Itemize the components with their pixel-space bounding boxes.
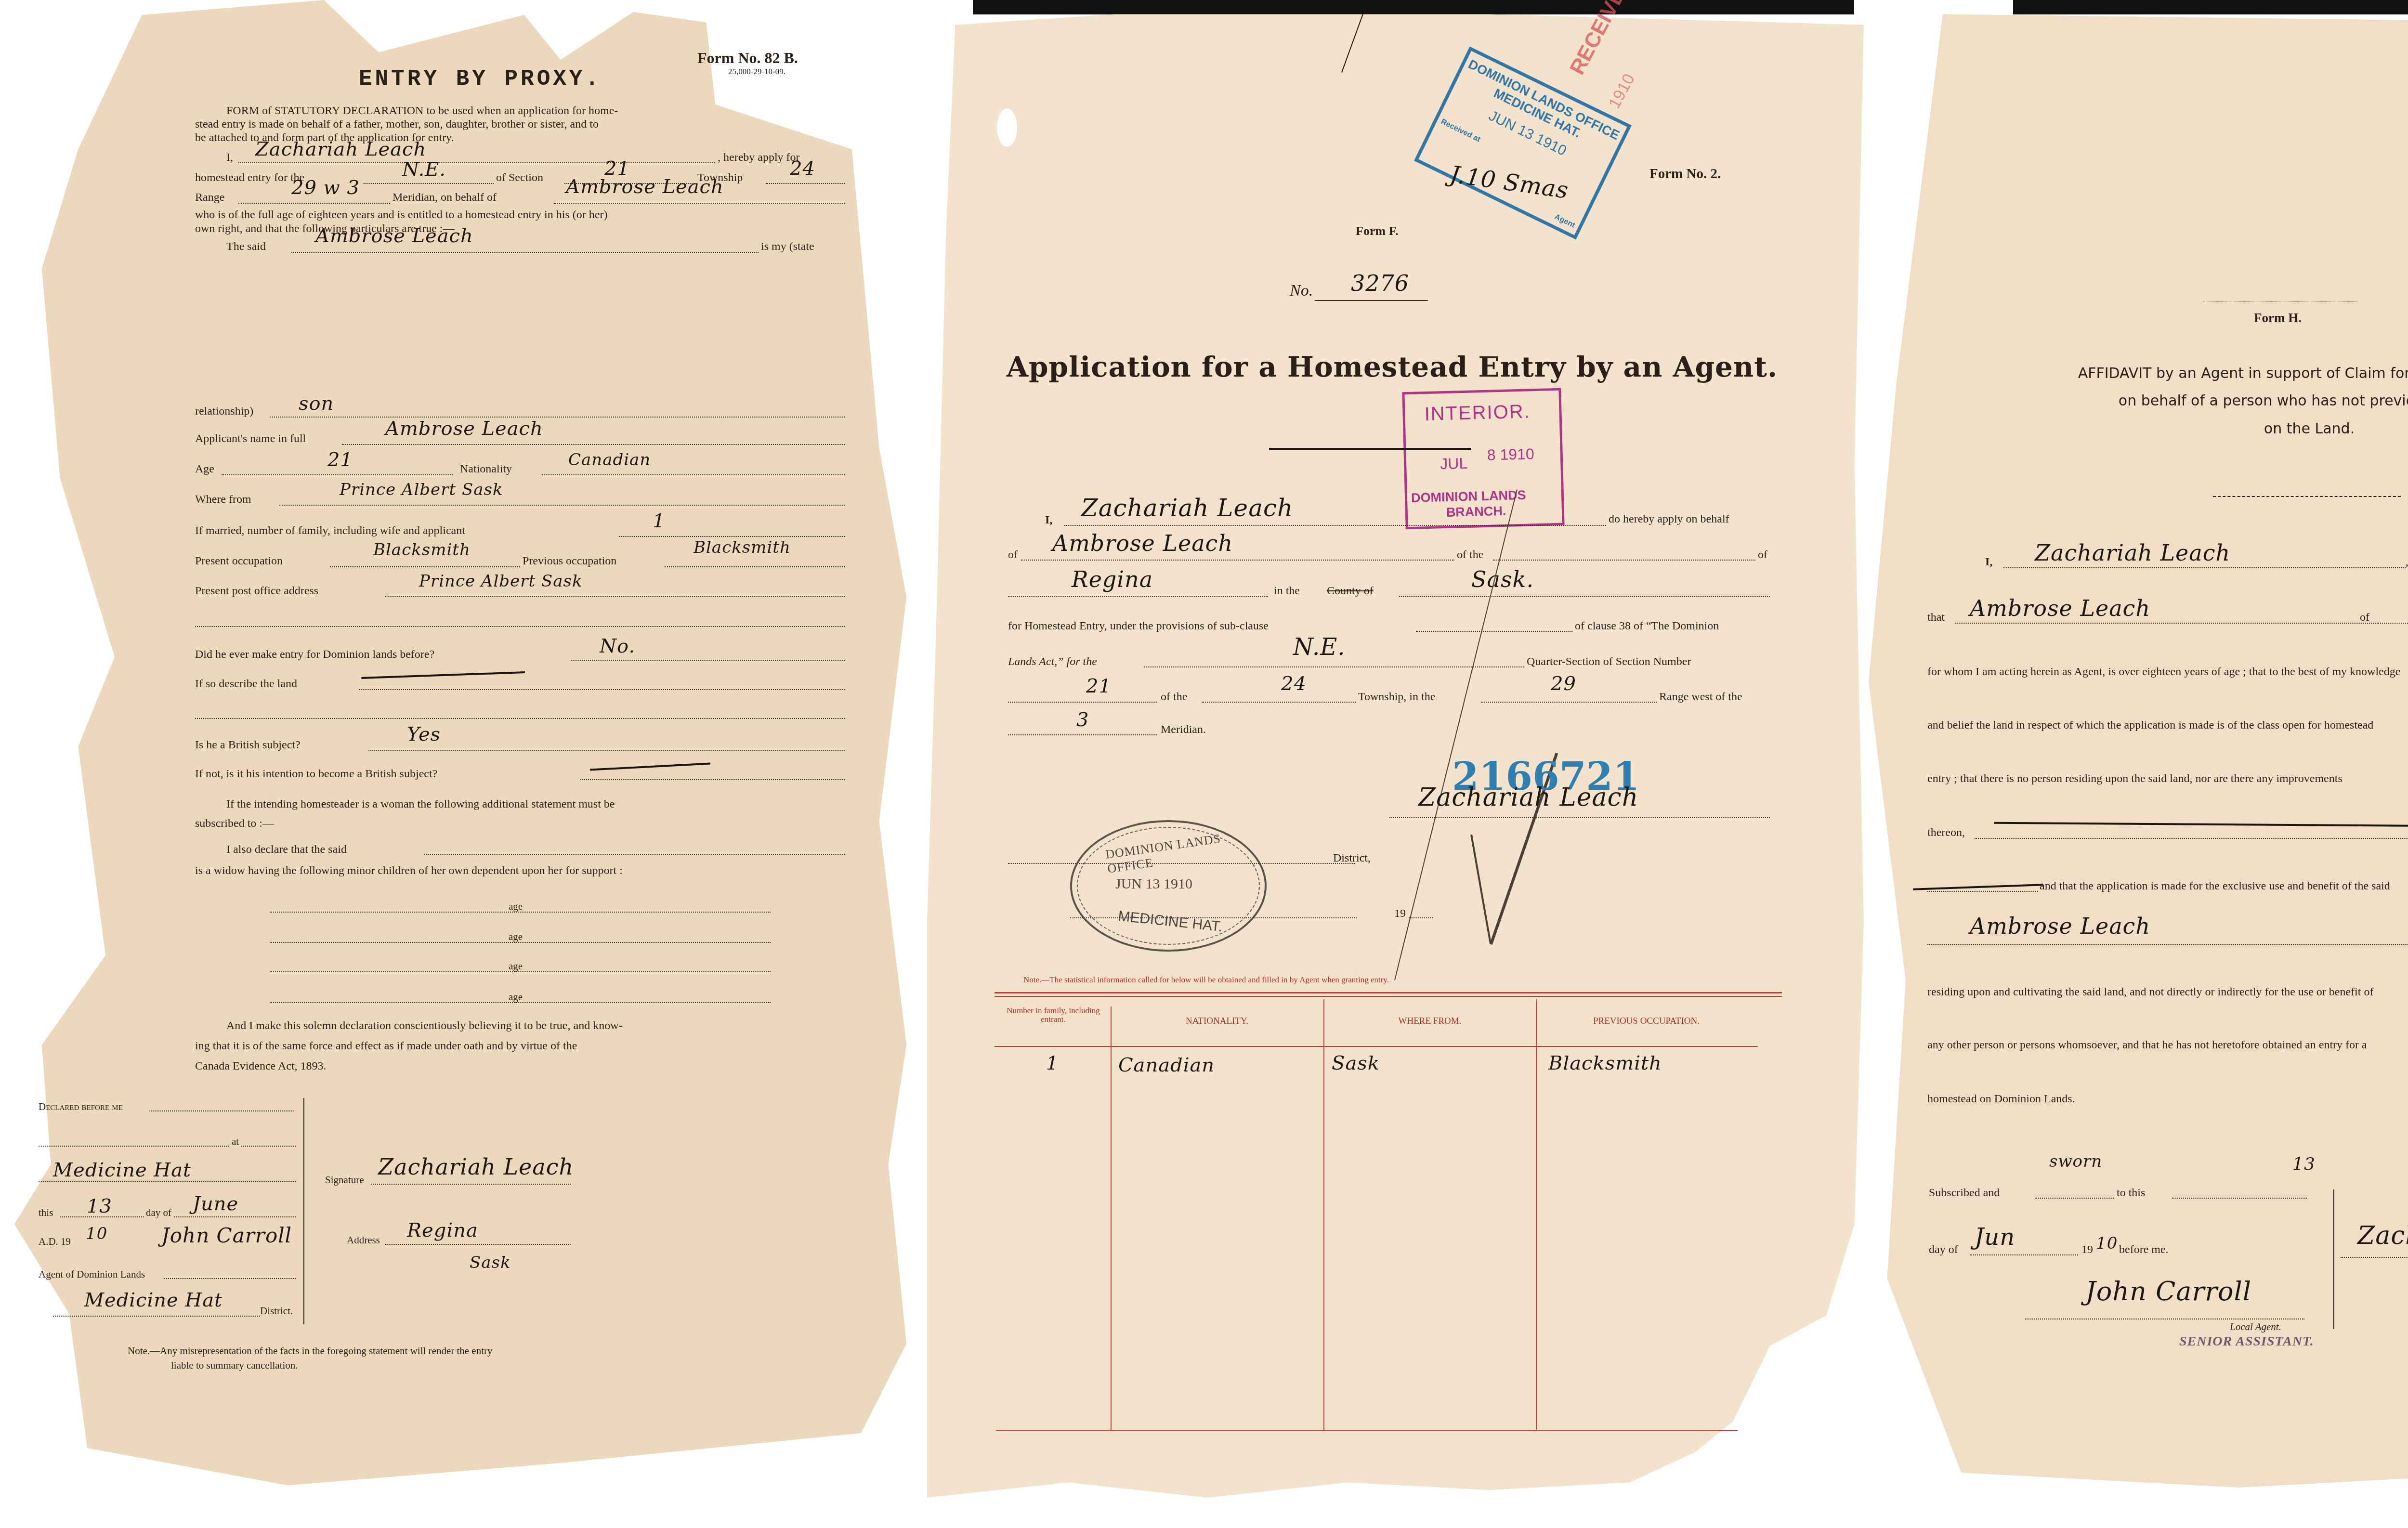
table-rule — [995, 996, 1782, 997]
township-field[interactable]: 24 — [790, 159, 815, 178]
column-header: Number in family, including entrant. — [996, 1006, 1111, 1024]
label: Where from — [195, 494, 251, 505]
label: Lands Act,” for the — [1008, 656, 1097, 667]
quarter-field[interactable]: N.E. — [1293, 636, 1345, 659]
stamp-line: Agent — [1553, 213, 1577, 230]
family-count-field[interactable]: 1 — [653, 511, 665, 531]
address-field-2[interactable]: Sask — [470, 1254, 511, 1271]
note-text: Note.—Any misrepresentation of the facts… — [128, 1346, 493, 1356]
nationality-field[interactable]: Canadian — [568, 452, 651, 468]
column-divider — [1536, 999, 1537, 1430]
label: Local Agent. — [2230, 1322, 2281, 1332]
brace-divider — [303, 1098, 304, 1324]
label: day of — [1929, 1244, 1958, 1255]
previous-occupation-field[interactable]: Blacksmith — [694, 539, 791, 556]
page-title: ENTRY BY PROXY. — [359, 66, 602, 91]
intro-line: stead entry is made on behalf of a fathe… — [195, 118, 599, 130]
form-letter: Form H. — [2254, 311, 2302, 326]
field-line — [766, 183, 845, 184]
field-line — [53, 1316, 260, 1317]
page-title: AFFIDAVIT by an Agent in support of Clai… — [1926, 365, 2408, 382]
commissioner-signature: John Carroll — [2085, 1279, 2251, 1305]
behalf-of-field[interactable]: Ambrose Leach — [566, 177, 724, 196]
field-line — [2003, 567, 2406, 568]
age-label: age — [507, 992, 524, 1002]
label: at — [230, 1136, 240, 1147]
label: for Homestead Entry, under the provision… — [1008, 620, 1269, 632]
field-line — [1064, 525, 1606, 526]
table-cell[interactable]: Blacksmith — [1548, 1054, 1662, 1073]
label: thereon, — [1927, 827, 1965, 838]
field-line — [424, 854, 845, 855]
meridian-field[interactable]: 3 — [1076, 710, 1089, 730]
label: Did he ever make entry for Dominion land… — [195, 649, 434, 660]
field-line — [1481, 702, 1657, 703]
field-line — [1409, 917, 1433, 918]
year-field[interactable]: 10 — [86, 1226, 107, 1242]
form-letter: Form F. — [1356, 224, 1399, 238]
title-ornament-rule — [1269, 448, 1471, 450]
label: Signature — [325, 1175, 364, 1185]
address-field[interactable]: Regina — [407, 1221, 478, 1240]
field-line — [665, 566, 845, 567]
label: , hereby apply for — [718, 152, 800, 163]
relationship-field[interactable]: son — [299, 394, 334, 413]
label: Address — [347, 1235, 380, 1245]
label: relationship) — [195, 405, 253, 417]
label: for whom I am acting herein as Agent, is… — [1927, 666, 2400, 678]
label: Meridian, on behalf of — [393, 192, 497, 203]
stamp-line: INTERIOR. — [1424, 401, 1531, 425]
field-line — [385, 596, 845, 597]
signature-field[interactable]: Zachariah Leach — [2357, 1223, 2408, 1248]
interior-branch-stamp: INTERIOR. JUL 8 1910 DOMINION LANDS BRAN… — [1402, 388, 1564, 530]
field-line — [1008, 734, 1157, 735]
label: homestead on Dominion Lands. — [1927, 1093, 2075, 1105]
label: Meridian. — [1161, 724, 1206, 735]
field-line — [2377, 623, 2408, 624]
said-person-field[interactable]: Ambrose Leach — [1970, 915, 2150, 937]
signature-field[interactable]: Zachariah Leach — [378, 1156, 574, 1178]
table-cell[interactable]: Sask — [1332, 1054, 1380, 1073]
title-rule — [2213, 496, 2401, 497]
label: of clause 38 of “The Dominion — [1575, 620, 1719, 632]
where-from-field[interactable]: Prince Albert Sask — [340, 482, 503, 498]
label: homestead entry for the — [195, 172, 304, 183]
statistics-note: Note.—The statistical information called… — [1023, 975, 1389, 985]
scan-edge-bar — [2013, 0, 2408, 14]
label: of — [1758, 549, 1767, 561]
field-line — [238, 162, 715, 163]
field-line — [195, 626, 845, 627]
label: And I make this solemn declaration consc… — [226, 1020, 622, 1032]
stamp-date: JUN 13 1910 — [1115, 876, 1192, 892]
field-line — [164, 1278, 296, 1279]
label: is my (state — [761, 241, 814, 252]
label: day of — [144, 1208, 173, 1218]
label: 19 — [2081, 1244, 2093, 1255]
label: Previous occupation — [523, 555, 616, 567]
label: I, — [1045, 514, 1052, 526]
brace-divider — [2333, 1189, 2334, 1329]
intro-line: FORM of STATUTORY DECLARATION to be used… — [226, 105, 618, 117]
field-line — [1008, 596, 1268, 597]
district-field[interactable]: Medicine Hat — [84, 1291, 222, 1310]
page-title: on behalf of a person who has not previo… — [1926, 392, 2408, 409]
field-line — [39, 1146, 296, 1147]
british-subject-field[interactable]: Yes — [407, 725, 441, 744]
label: this — [39, 1208, 53, 1218]
label: of — [2360, 612, 2369, 623]
column-divider — [1111, 1006, 1112, 1430]
field-line — [2035, 1198, 2114, 1199]
field-line — [291, 252, 759, 253]
day-field[interactable]: 13 — [2292, 1156, 2316, 1173]
agent-name-field[interactable]: Zachariah Leach — [1081, 496, 1293, 520]
label: , do solemnly — [2406, 556, 2408, 568]
sworn-field[interactable]: sworn — [2049, 1153, 2102, 1170]
the-said-field[interactable]: Ambrose Leach — [315, 226, 473, 246]
column-header: PREVIOUS OCCUPATION. — [1536, 1016, 1756, 1027]
age-label: age — [507, 932, 524, 942]
table-cell[interactable]: Canadian — [1118, 1056, 1215, 1075]
table-rule — [996, 1430, 1738, 1431]
field-line — [1144, 666, 1524, 667]
application-number-field[interactable]: 3276 — [1351, 272, 1409, 294]
entry-before-field[interactable]: No. — [600, 637, 635, 656]
field-line — [149, 1110, 294, 1111]
field-line — [619, 536, 845, 537]
field-line — [238, 203, 390, 204]
day-field[interactable]: 13 — [87, 1197, 112, 1216]
quarter-field[interactable]: N.E. — [402, 160, 446, 179]
section-field[interactable]: 21 — [1086, 677, 1112, 696]
label: of — [1008, 549, 1018, 561]
field-line — [554, 203, 845, 204]
label-struck: County of — [1327, 585, 1374, 597]
number-label: No. — [1290, 282, 1313, 300]
page-title: Application for a Homestead Entry by an … — [1007, 351, 1778, 383]
label: ing that it is of the same force and eff… — [195, 1040, 577, 1052]
label: Nationality — [460, 463, 512, 475]
note-text: liable to summary cancellation. — [171, 1360, 298, 1371]
field-line — [2341, 1257, 2408, 1258]
column-header: NATIONALITY. — [1111, 1016, 1323, 1027]
stamp-line: Received at — [1440, 118, 1482, 144]
field-line — [359, 689, 845, 690]
field-line — [270, 417, 845, 418]
age-label: age — [507, 961, 524, 971]
agent-name-field[interactable]: Zachariah Leach — [2035, 542, 2230, 564]
label: that — [1927, 612, 1945, 623]
field-line — [2025, 1319, 2304, 1319]
label: I, — [226, 152, 233, 163]
label: Declared before me — [39, 1102, 123, 1112]
label: before me. — [2119, 1244, 2169, 1255]
label: subscribed to :— — [195, 818, 274, 829]
label: Present post office address — [195, 585, 318, 597]
print-code: 25,000-29-10-09. — [728, 67, 785, 76]
field-line — [1975, 838, 2408, 839]
field-line — [542, 474, 845, 475]
dominion-lands-office-oval-stamp: DOMINION LANDS OFFICE JUN 13 1910 MEDICI… — [1070, 820, 1267, 952]
field-line — [222, 474, 453, 475]
field-line — [1021, 560, 1454, 561]
label: is a widow having the following minor ch… — [195, 865, 623, 876]
year-field[interactable]: 10 — [2096, 1235, 2118, 1252]
applicant-name-field[interactable]: Ambrose Leach — [385, 419, 543, 438]
label: who is of the full age of eighteen years… — [195, 209, 607, 221]
label: residing upon and cultivating the said l… — [1927, 986, 2373, 998]
label: Age — [195, 463, 214, 475]
field-line — [2203, 301, 2357, 301]
label: any other person or persons whomsoever, … — [1927, 1039, 2367, 1051]
senior-assistant-stamp: SENIOR ASSISTANT. — [2179, 1334, 2314, 1349]
page-title: on the Land. — [1926, 420, 2408, 437]
field-line — [385, 1244, 571, 1245]
label: If so describe the land — [195, 678, 297, 690]
field-line — [1399, 596, 1770, 597]
label: District. — [260, 1306, 293, 1316]
month-field[interactable]: June — [193, 1194, 238, 1214]
column-divider — [1323, 999, 1324, 1430]
post-office-field[interactable]: Prince Albert Sask — [419, 573, 583, 589]
label: A.D. 19 — [39, 1237, 71, 1247]
province-field[interactable]: Sask. — [1471, 568, 1534, 590]
age-label: age — [507, 901, 524, 912]
field-line — [368, 750, 845, 751]
field-line — [364, 183, 494, 184]
label: District, — [1333, 852, 1371, 864]
label: If the intending homesteader is a woman … — [226, 798, 615, 810]
label: If married, number of family, including … — [195, 525, 465, 536]
field-line — [580, 779, 845, 780]
field-line — [371, 1184, 571, 1185]
label: do hereby apply on behalf — [1609, 513, 1729, 525]
table-rule — [995, 992, 1782, 993]
township-field[interactable]: 24 — [1281, 674, 1307, 693]
commissioner-signature: John Carroll — [161, 1226, 292, 1246]
stamp-date: 8 1910 — [1487, 445, 1534, 464]
field-line — [1389, 817, 1770, 818]
label: and belief the land in respect of which … — [1927, 719, 2373, 731]
field-line — [571, 660, 845, 661]
field-line — [1202, 702, 1356, 703]
form-number: Form No. 82 B. — [697, 49, 798, 67]
declared-place-field[interactable]: Medicine Hat — [53, 1161, 191, 1180]
section-field[interactable]: 21 — [604, 159, 630, 178]
range-field[interactable]: 29 w 3 — [291, 178, 360, 197]
behalf-of-field[interactable]: Ambrose Leach — [1970, 597, 2150, 619]
label: 19 — [1394, 908, 1406, 919]
place-field[interactable]: Regina — [1072, 568, 1153, 590]
age-field[interactable]: 21 — [327, 450, 353, 470]
label: of the — [1161, 691, 1187, 703]
stamp-line: BRANCH. — [1446, 504, 1506, 520]
label: Applicant's name in full — [195, 433, 306, 444]
field-line — [2172, 1198, 2307, 1199]
behalf-of-field[interactable]: Ambrose Leach — [1052, 532, 1233, 554]
label: The said — [226, 241, 266, 252]
label: Present occupation — [195, 555, 283, 567]
field-line — [1927, 891, 2038, 892]
signature-field[interactable]: Zachariah Leach — [1418, 785, 1638, 810]
field-line — [1493, 560, 1755, 561]
label: and that the application is made for the… — [2040, 880, 2390, 892]
stamp-date: JUL — [1440, 455, 1468, 473]
present-occupation-field[interactable]: Blacksmith — [373, 542, 471, 558]
label: Range west of the — [1659, 691, 1742, 703]
column-header: WHERE FROM. — [1323, 1016, 1536, 1027]
field-line — [195, 718, 845, 719]
label: I also declare that the said — [226, 844, 347, 855]
month-field[interactable]: Jun — [1975, 1226, 2015, 1249]
field-line — [1927, 944, 2408, 945]
field-line — [39, 1181, 296, 1182]
stamp-line: DOMINION LANDS — [1411, 488, 1526, 506]
label: entry ; that there is no person residing… — [1927, 773, 2343, 784]
label: Quarter-Section of Section Number — [1527, 656, 1691, 667]
table-rule — [995, 1046, 1758, 1047]
label: to this — [2117, 1187, 2145, 1199]
label: in the — [1274, 585, 1300, 597]
scan-edge-bar — [973, 0, 1854, 14]
field-line — [279, 505, 845, 506]
label: I, — [1985, 556, 1992, 568]
range-field[interactable]: 29 — [1551, 674, 1576, 693]
label: Canada Evidence Act, 1893. — [195, 1060, 327, 1072]
agent-name-field[interactable]: Zachariah Leach — [255, 140, 426, 159]
punch-hole — [997, 108, 1017, 147]
field-line — [1315, 300, 1428, 301]
table-cell[interactable]: 1 — [1046, 1054, 1059, 1073]
label: If not, is it his intention to become a … — [195, 768, 437, 780]
form-number: Form No. 2. — [1649, 166, 1721, 182]
field-line — [1008, 702, 1157, 703]
label: Range — [195, 192, 224, 203]
label: Agent of Dominion Lands — [39, 1269, 145, 1280]
field-line — [1955, 623, 2379, 624]
label: Subscribed and — [1929, 1187, 2000, 1199]
field-line — [342, 444, 845, 445]
field-line — [1970, 1254, 2078, 1255]
punch-hole — [24, 58, 51, 96]
label: of Section — [496, 172, 543, 183]
label: Township, in the — [1358, 691, 1435, 703]
field-line — [330, 566, 520, 567]
label: Is he a British subject? — [195, 739, 301, 751]
label: of the — [1457, 549, 1483, 561]
field-line — [1416, 631, 1572, 632]
